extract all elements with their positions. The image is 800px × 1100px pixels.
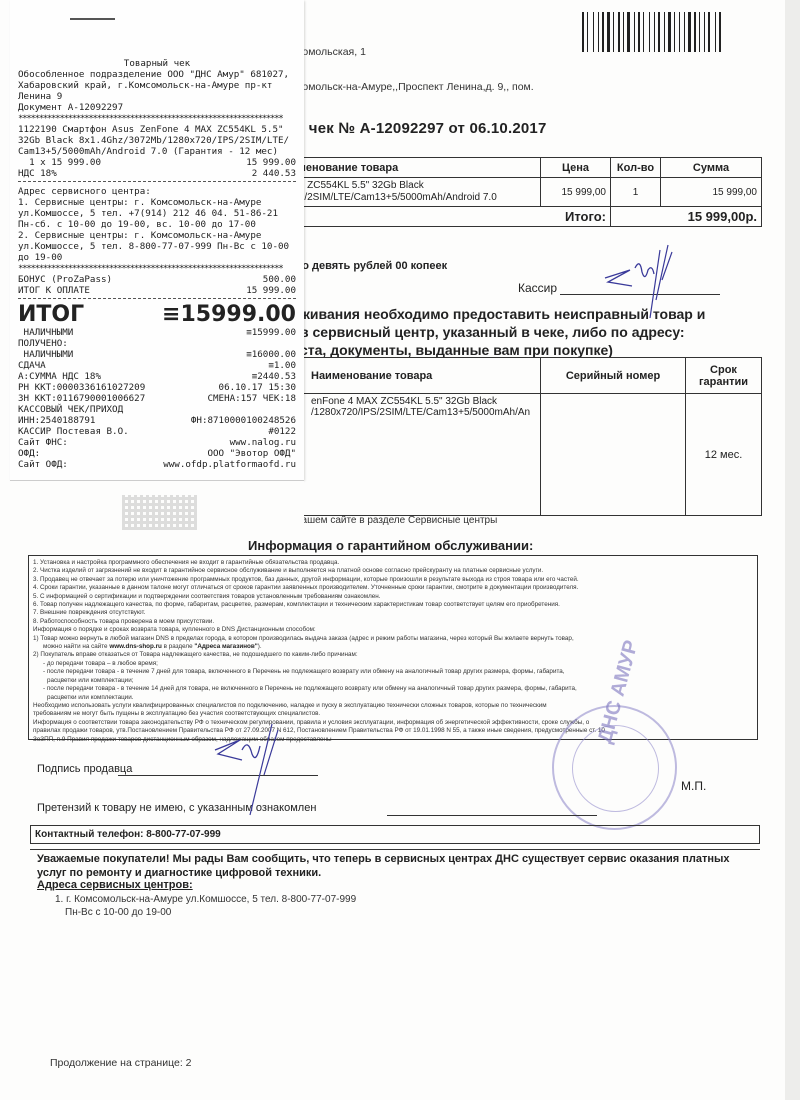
- fiscal-label: А:СУММА НДС 18%: [18, 371, 101, 382]
- receipt-fiscal-row: А:СУММА НДС 18%≡2440.53: [18, 371, 296, 382]
- vat-value: 2 440.53: [252, 168, 296, 179]
- fiscal-value: СМЕНА:157 ЧЕК:18: [207, 393, 296, 404]
- receipt-separator: ****************************************…: [18, 113, 296, 124]
- receipt-fiscal-row: ОФД:ООО "Эвотор ОФД": [18, 448, 296, 459]
- qty-line: 1 x 15 999.00: [18, 157, 101, 168]
- fiscal-label: НАЛИЧНЫМИ: [18, 327, 73, 338]
- fiscal-label: КАССОВЫЙ ЧЕК/ПРИХОД: [18, 404, 123, 415]
- table-row: AX ZC554KL 5.5" 32Gb Black PS/2SIM/LTE/C…: [251, 178, 762, 207]
- receipt-total-label: ИТОГ: [18, 303, 84, 327]
- service-center-address: 1. г. Комсомольск-на-Амуре ул.Комшоссе, …: [55, 893, 356, 919]
- qr-code: [122, 495, 197, 530]
- fiscal-label: РН ККТ:0000336161027209: [18, 382, 145, 393]
- warranty-note-line-2: в сервисный центр, указанный в чеке, либ…: [300, 323, 705, 341]
- receipt-fiscal-row: КАССИР Постевая В.О.#0122: [18, 426, 296, 437]
- fiscal-value: www.nalog.ru: [230, 437, 296, 448]
- item-qty: 1: [611, 178, 661, 207]
- info-sub-line: расцветки или комплектации;: [33, 677, 753, 685]
- amount-in-words: то девять рублей 00 копеек: [297, 260, 447, 272]
- page-edge: [785, 0, 800, 1100]
- receipt-org-block: Обособленное подразделение ООО "ДНС Амур…: [18, 69, 296, 113]
- fiscal-label: КАССИР Постевая В.О.: [18, 426, 129, 437]
- receipt-dash-separator: [18, 298, 296, 299]
- info-line: 2. Чистка изделий от загрязнений не вход…: [33, 567, 753, 575]
- receipt-fiscal-row: КАССОВЫЙ ЧЕК/ПРИХОД: [18, 404, 296, 415]
- fiscal-value: www.ofdp.platformaofd.ru: [163, 459, 296, 470]
- receipt-org-line: Ленина 9: [18, 91, 296, 102]
- total-label: Итого:: [541, 207, 611, 227]
- receipt-qty-row: 1 x 15 999.0015 999.00: [18, 157, 296, 168]
- fiscal-value: #0122: [268, 426, 296, 437]
- receipt-total-row: ИТОГ≡15999.00: [18, 303, 296, 327]
- dns-shop-link[interactable]: www.dns-shop.ru: [109, 643, 162, 650]
- table-row: enFone 4 MAX ZC554KL 5.5" 32Gb Black /12…: [251, 394, 762, 516]
- service-center-hours: Пн-Вс с 10-00 до 19-00: [55, 906, 356, 919]
- receipt-fiscal-row: ПОЛУЧЕНО:: [18, 338, 296, 349]
- info-title: Информация о гарантийном обслуживании:: [248, 538, 533, 553]
- item-name-line-1: AX ZC554KL 5.5" 32Gb Black: [291, 180, 536, 192]
- receipt-fiscal-row: НАЛИЧНЫМИ≡16000.00: [18, 349, 296, 360]
- invoice-table: именование товара Цена Кол-во Сумма AX Z…: [250, 157, 762, 227]
- warranty-table: Наименование товара Серийный номер Срок …: [250, 357, 762, 516]
- receipt-fiscal-row: Сайт ФНС:www.nalog.ru: [18, 437, 296, 448]
- info-line: 5. С информацией о сертификации и подтве…: [33, 593, 753, 601]
- item-price: 15 999,00: [541, 178, 611, 207]
- stamp-place-label: М.П.: [681, 779, 706, 793]
- fiscal-value: ≡16000.00: [246, 349, 296, 360]
- fiscal-value: ≡2440.53: [252, 371, 296, 382]
- fiscal-value: ООО "Эвотор ОФД": [207, 448, 296, 459]
- fiscal-value: ≡15999.00: [246, 327, 296, 338]
- receipt-service-line: ул.Комшоссе, 5 тел. +7(914) 212 46 04. 5…: [18, 208, 296, 219]
- info-sub-line: - после передачи товара - в течение 14 д…: [33, 685, 753, 693]
- col-header-period: Срок гарантии: [686, 358, 762, 394]
- to-pay-label: ИТОГ К ОПЛАТЕ: [18, 285, 90, 296]
- info-sub-line: расцветки или комплектации.: [33, 694, 753, 702]
- receipt-service-line: Пн-сб. с 10-00 до 19-00, вс. 10-00 до 17…: [18, 219, 296, 230]
- info-lines: 1. Установка и настройка программного об…: [33, 559, 753, 643]
- info-line: 3. Продавец не отвечает за потерю или ун…: [33, 576, 753, 584]
- col-header-sum: Сумма: [661, 158, 762, 178]
- receipt-item-line: 32Gb Black 8x1.4Ghz/3072Mb/1280x720/IPS/…: [18, 135, 296, 146]
- receipt-fiscal-row: Сайт ОФД:www.ofdp.platformaofd.ru: [18, 459, 296, 470]
- total-value: 15 999,00р.: [611, 207, 762, 227]
- fiscal-value: 06.10.17 15:30: [219, 382, 296, 393]
- receipt-item-block: 1122190 Смартфон Asus ZenFone 4 MAX ZC55…: [18, 124, 296, 157]
- to-pay-value: 15 999.00: [246, 285, 296, 296]
- receipt-fiscal-row: РН ККТ:000033616102720906.10.17 15:30: [18, 382, 296, 393]
- seller-signature-line: [118, 775, 318, 776]
- item-sum: 15 999,00: [661, 178, 762, 207]
- document-title: й чек № А-12092297 от 06.10.2017: [295, 120, 547, 137]
- fiscal-label: ИНН:2540188791: [18, 415, 95, 426]
- cash-receipt: Товарный чек Обособленное подразделение …: [10, 0, 304, 480]
- receipt-item-line: Cam13+5/5000mAh/Android 7.0 (Гарантия - …: [18, 146, 296, 157]
- promo-text: Уважаемые покупатели! Мы рады Вам сообщи…: [37, 852, 757, 880]
- info-sub-lines: - до передачи товара – в любое время;- п…: [33, 660, 753, 702]
- receipt-org-line: Документ А-12092297: [18, 102, 296, 113]
- receipt-total-value: ≡15999.00: [162, 303, 296, 327]
- receipt-fiscal-row: ИНН:2540188791ФН:8710000100248526: [18, 415, 296, 426]
- fiscal-label: НАЛИЧНЫМИ: [18, 349, 73, 360]
- receipt-fiscal-row: НАЛИЧНЫМИ≡15999.00: [18, 327, 296, 338]
- receipt-title: Товарный чек: [18, 58, 296, 69]
- warranty-note: живания необходимо предоставить неисправ…: [300, 305, 705, 359]
- receipt-service-line: до 19-00: [18, 252, 296, 263]
- claim-statement: Претензий к товару не имею, с указанным …: [37, 802, 316, 814]
- warranty-info-box: 1. Установка и настройка программного об…: [28, 555, 758, 740]
- serial-number-cell: [541, 394, 686, 516]
- invoice-total-row: Итого: 15 999,00р.: [251, 207, 762, 227]
- receipt-to-pay-row: ИТОГ К ОПЛАТЕ15 999.00: [18, 285, 296, 296]
- barcode: [582, 12, 747, 52]
- seller-signature-label: Подпись продавца: [37, 763, 132, 775]
- item-name-line-2: PS/2SIM/LTE/Cam13+5/5000mAh/Android 7.0: [291, 192, 536, 204]
- qty-total: 15 999.00: [246, 157, 296, 168]
- receipt-fiscal-row: СДАЧА≡1.00: [18, 360, 296, 371]
- bonus-value: 500.00: [263, 274, 296, 285]
- fiscal-label: ПОЛУЧЕНО:: [18, 338, 68, 349]
- receipt-service-block: Адрес сервисного центра:1. Сервисные цен…: [18, 186, 296, 263]
- header-address-line-2: сомольск-на-Амуре,,Проспект Ленина,д. 9,…: [297, 81, 534, 93]
- cashier-signature-line: [560, 294, 720, 295]
- receipt-fiscal-block: НАЛИЧНЫМИ≡15999.00ПОЛУЧЕНО: НАЛИЧНЫМИ≡16…: [18, 327, 296, 470]
- info-line: 6. Товар получен надлежащего качества, п…: [33, 601, 753, 609]
- receipt-service-line: ул.Комшоссе, 5 тел. 8-800-77-07-999 Пн-В…: [18, 241, 296, 252]
- receipt-service-line: 2. Сервисные центры: г. Комсомольск-на-А…: [18, 230, 296, 241]
- warranty-item-line-1: enFone 4 MAX ZC554KL 5.5" 32Gb Black: [311, 396, 536, 407]
- info-line: 2) Покупатель вправе отказаться от Товар…: [33, 651, 753, 659]
- info-line: 8. Работоспособность товара проверена в …: [33, 618, 753, 626]
- info-line: 4. Сроки гарантии, указанные в данном та…: [33, 584, 753, 592]
- receipt-item-line: 1122190 Смартфон Asus ZenFone 4 MAX ZC55…: [18, 124, 296, 135]
- info-line: Информация о порядке и сроках возврата т…: [33, 626, 753, 634]
- info-line: 1) Товар можно вернуть в любой магазин D…: [33, 635, 753, 643]
- fiscal-label: ЗН ККТ:0116790001006627: [18, 393, 145, 404]
- fiscal-label: Сайт ОФД:: [18, 459, 68, 470]
- service-center-address-line: 1. г. Комсомольск-на-Амуре ул.Комшоссе, …: [55, 893, 356, 906]
- receipt-org-line: Обособленное подразделение ООО "ДНС Амур…: [18, 69, 296, 80]
- stores-section-name: "Адреса магазинов": [194, 643, 257, 650]
- text: можно найти на сайте: [43, 643, 109, 650]
- info-line: 7. Внешние повреждения отсутствуют.: [33, 609, 753, 617]
- receipt-mark: [70, 18, 115, 20]
- text: в разделе: [162, 643, 194, 650]
- fiscal-label: ОФД:: [18, 448, 40, 459]
- warranty-table-header: Наименование товара Серийный номер Срок …: [251, 358, 762, 394]
- receipt-vat-row: НДС 18%2 440.53: [18, 168, 296, 179]
- receipt-dash-separator: [18, 181, 296, 182]
- site-note: нашем сайте в разделе Сервисные центры: [296, 515, 497, 526]
- info-sub-line: - после передачи товара - в течение 7 дн…: [33, 668, 753, 676]
- receipt-bonus-row: БОНУС (ProZaPass)500.00: [18, 274, 296, 285]
- receipt-service-line: Адрес сервисного центра:: [18, 186, 296, 197]
- fiscal-label: Сайт ФНС:: [18, 437, 68, 448]
- divider: [30, 849, 760, 850]
- header-address-line-1: сомольская, 1: [297, 46, 366, 58]
- receipt-org-line: Хабаровский край, г.Комсомольск-на-Амуре…: [18, 80, 296, 91]
- warranty-item-line-2: /1280x720/IPS/2SIM/LTE/Cam13+5/5000mAh/A…: [311, 407, 536, 418]
- buyer-signature-line: [387, 815, 597, 816]
- col-header-price: Цена: [541, 158, 611, 178]
- bonus-label: БОНУС (ProZaPass): [18, 274, 112, 285]
- text: ).: [258, 643, 262, 650]
- continuation-note: Продолжение на странице: 2: [50, 1057, 192, 1069]
- receipt-separator: ****************************************…: [18, 263, 296, 274]
- receipt-service-line: 1. Сервисные центры: г. Комсомольск-на-А…: [18, 197, 296, 208]
- receipt-fiscal-row: ЗН ККТ:0116790001006627СМЕНА:157 ЧЕК:18: [18, 393, 296, 404]
- col-header-qty: Кол-во: [611, 158, 661, 178]
- info-lines-2: 2) Покупатель вправе отказаться от Товар…: [33, 651, 753, 659]
- col-header-serial: Серийный номер: [541, 358, 686, 394]
- contact-phone: Контактный телефон: 8-800-77-07-999: [30, 825, 760, 844]
- warranty-period: 12 мес.: [686, 394, 762, 516]
- warranty-note-line-1: живания необходимо предоставить неисправ…: [300, 305, 705, 323]
- fiscal-value: ≡1.00: [268, 360, 296, 371]
- cashier-label: Кассир: [518, 281, 557, 295]
- vat-label: НДС 18%: [18, 168, 57, 179]
- fiscal-label: СДАЧА: [18, 360, 46, 371]
- service-centers-title: Адреса сервисных центров:: [37, 879, 193, 891]
- invoice-table-header: именование товара Цена Кол-во Сумма: [251, 158, 762, 178]
- fiscal-value: ФН:8710000100248526: [191, 415, 296, 426]
